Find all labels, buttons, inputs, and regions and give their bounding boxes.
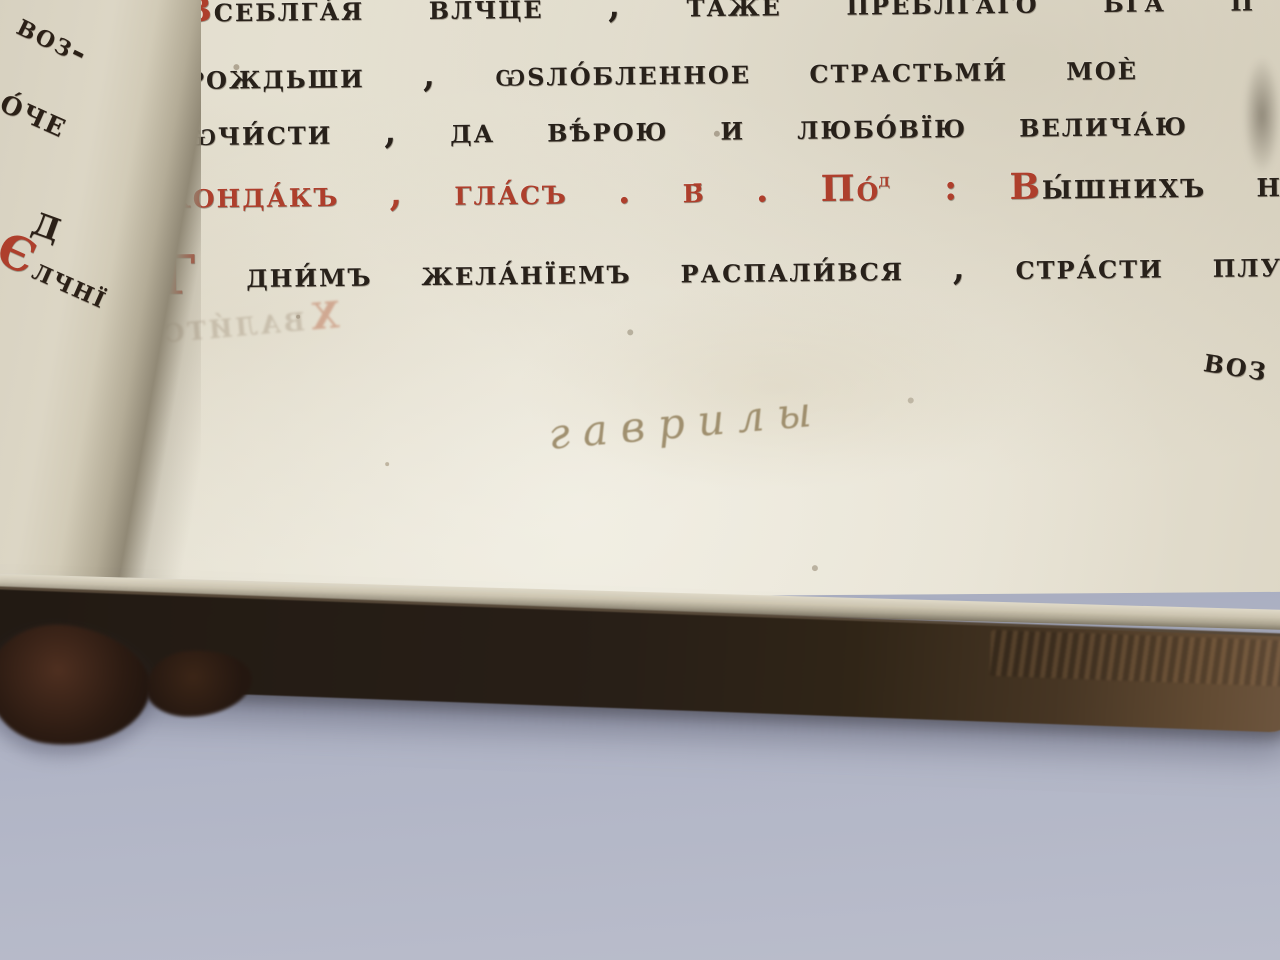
word-cut-off: плу (1212, 248, 1280, 284)
word-abbreviated-god: бг̄а (1103, 0, 1166, 20)
word-cut-off: п (1230, 0, 1255, 18)
punctuation: . (618, 173, 633, 211)
rubricated-initial: В (1009, 166, 1042, 208)
word-vyshnikh: Вы́шнихъ (1009, 167, 1206, 207)
word-cut-off: н (1256, 166, 1280, 204)
punctuation: , (953, 251, 967, 287)
podoben-abbreviation: По́д (820, 170, 894, 209)
corner-word-voz: воз (1202, 343, 1271, 387)
word: дни́мъ (246, 258, 373, 295)
word: страстьми́ (809, 52, 1008, 90)
word: влчце (429, 0, 544, 27)
superscript-letter: д (878, 169, 892, 191)
word-vseblagaya: Всеблга́я (183, 0, 365, 29)
word: преблга́го (846, 0, 1039, 22)
word: рождьши (186, 59, 365, 97)
punctuation: , (423, 58, 437, 94)
word: ѡчи́сти (186, 116, 333, 153)
tone-number: в̄ (682, 172, 706, 210)
word: моѐ (1066, 51, 1138, 87)
word: любо́вїю (797, 109, 967, 146)
word: и (720, 111, 745, 147)
word: стра́сти (1015, 249, 1164, 286)
punctuation: , (389, 175, 404, 213)
wood-grain (989, 630, 1280, 687)
offset-initial: Х (307, 297, 341, 336)
manuscript-photo: Всеблга́я влчце , та́же преблга́го бг̄а … (0, 0, 1280, 960)
word: да (450, 114, 495, 150)
punctuation: , (384, 115, 398, 151)
word: велича́ю (1019, 107, 1188, 144)
word: ѡѕло́бленное (495, 55, 751, 93)
word: та́же (686, 0, 782, 24)
punctuation: , (608, 0, 622, 25)
word: распали́вся (680, 252, 904, 290)
punctuation: : (944, 169, 960, 207)
paper-stain (516, 280, 1037, 494)
word: жела́нїемъ (421, 255, 632, 293)
word: вѣ́рою (547, 112, 669, 149)
rubric-word: гла́съ (454, 174, 568, 213)
punctuation: . (756, 171, 771, 209)
